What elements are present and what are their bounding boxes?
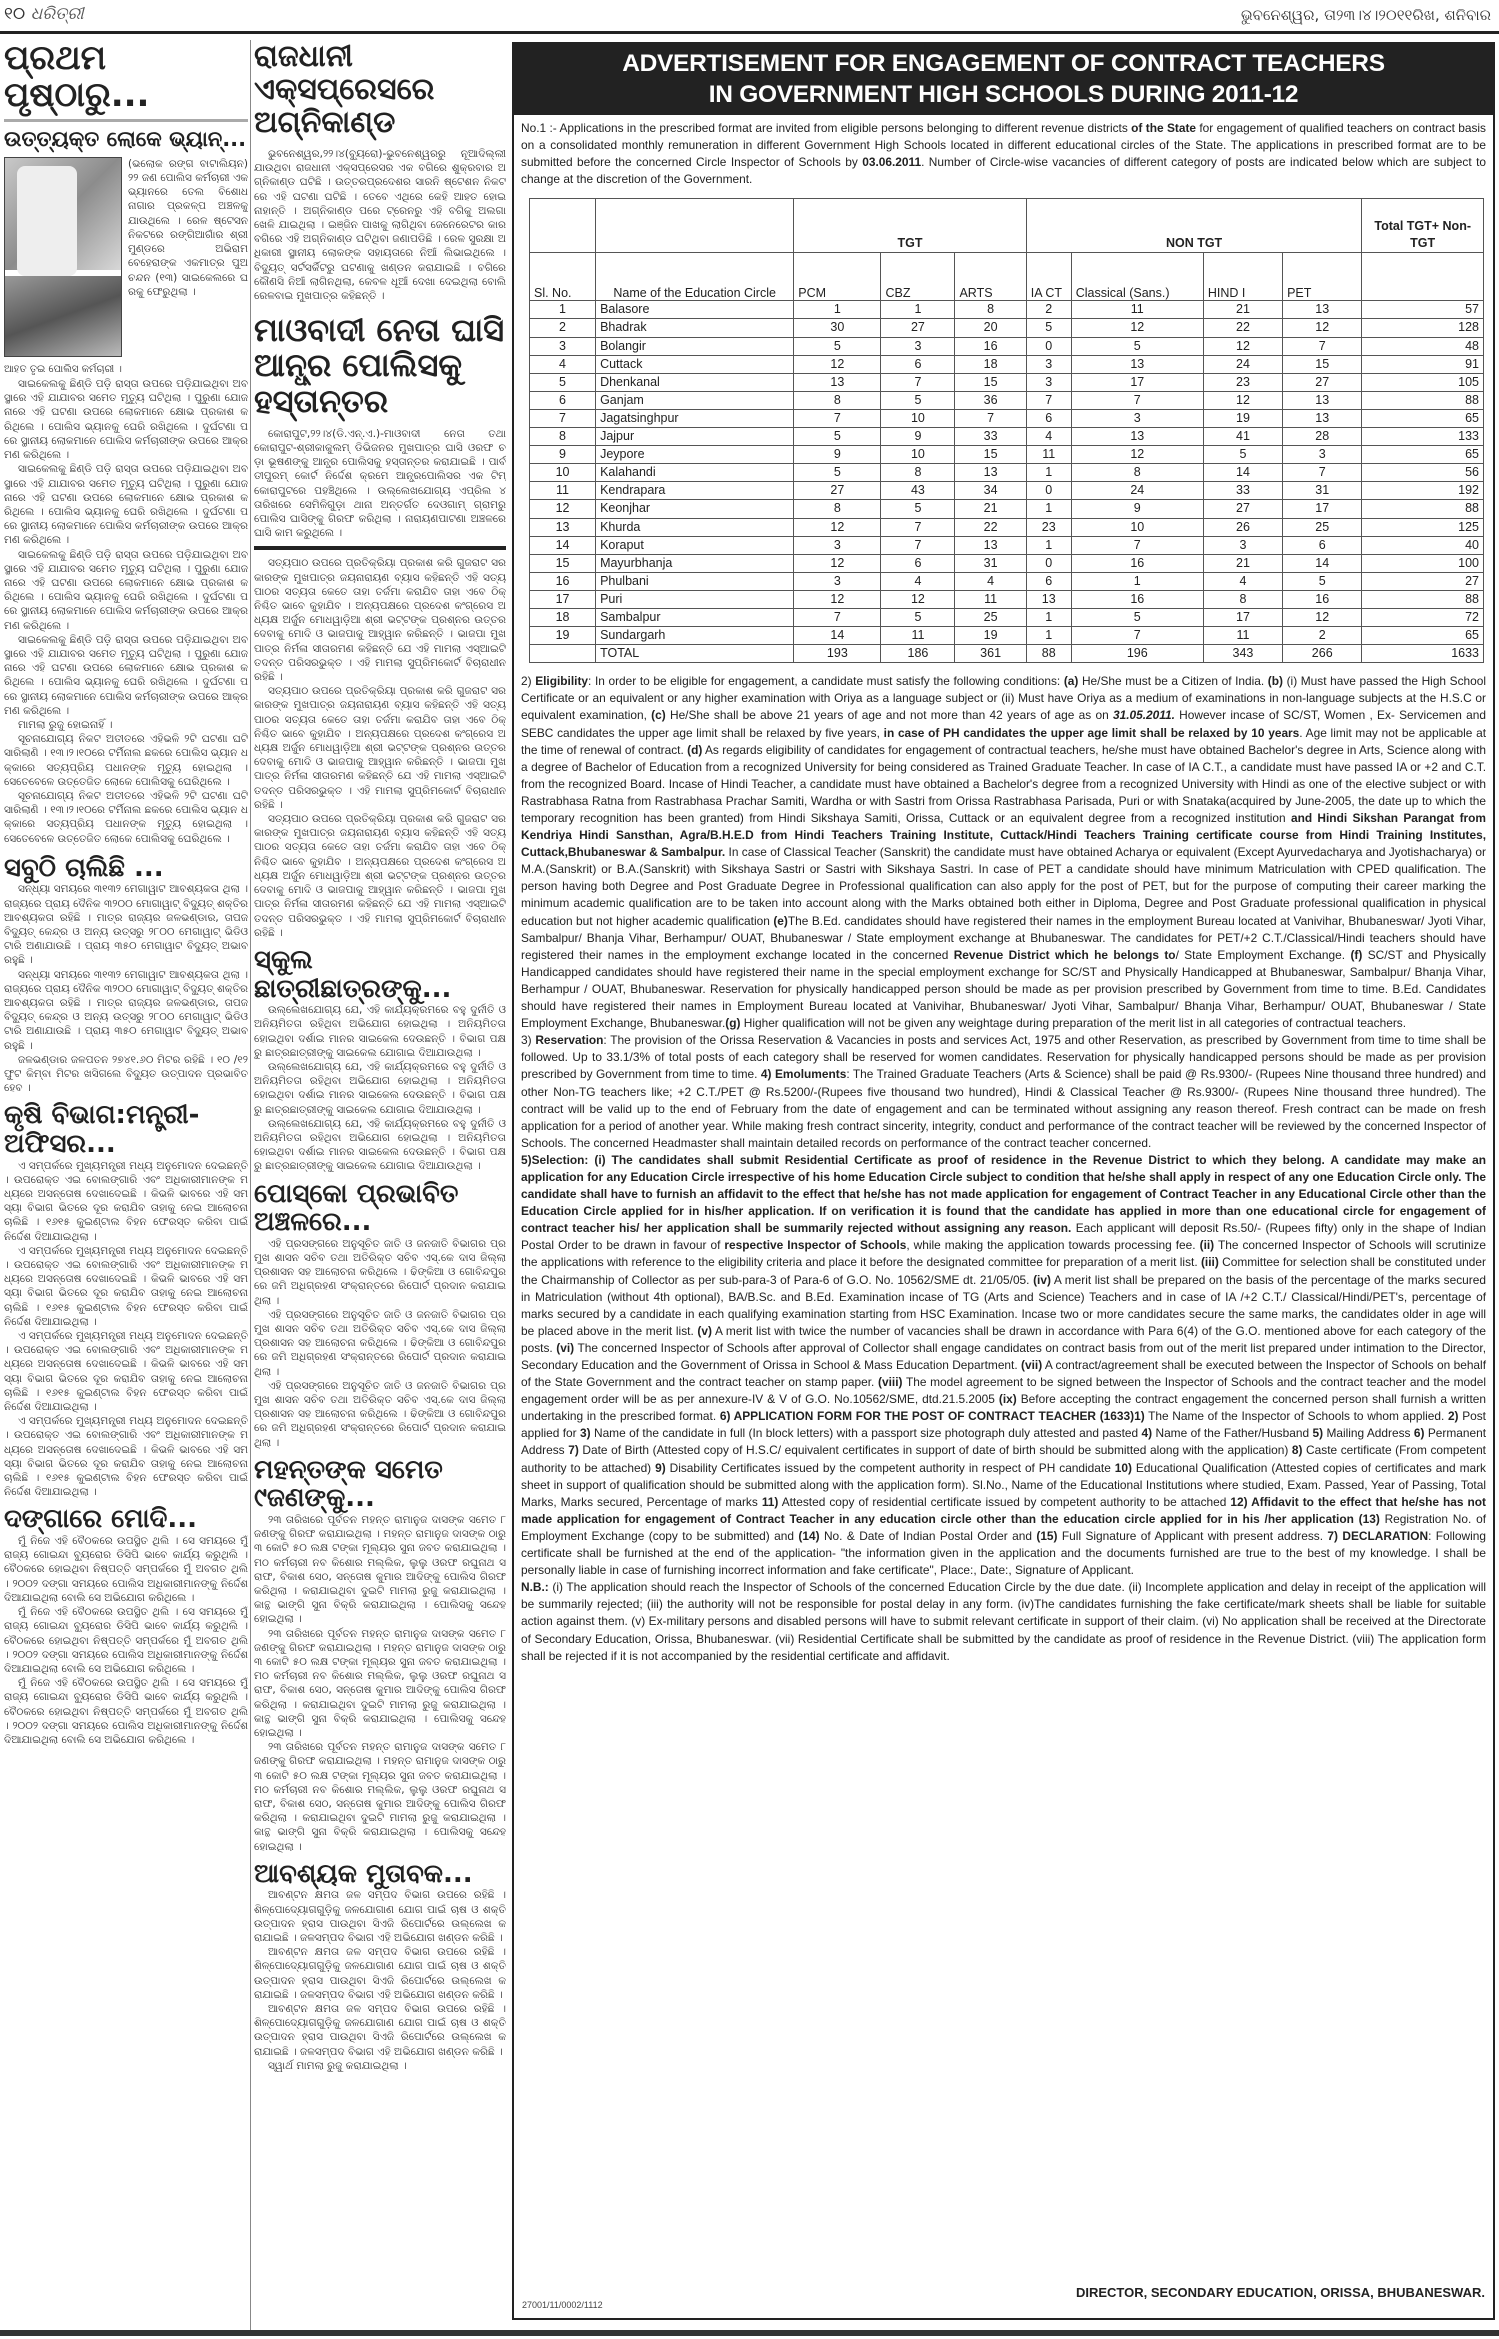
story-body: (ଭଲୋକ ରଙ୍ଗ ବାଟାଲିୟନ) ୨୨ ଜଣ ପୋଲିସ କର୍ମଚାର… xyxy=(4,157,248,846)
table-row: 1Balasore118211211357 xyxy=(530,301,1484,319)
news-photo xyxy=(4,157,122,357)
section-divider xyxy=(4,119,248,122)
table-row: 12Keonjhar852119271788 xyxy=(530,500,1484,518)
story-body: ୨୩ ତାରିଖରେ ପୂର୍ବତନ ମହନ୍ତ ରାମାନୁଜ ଦାସଙ୍କ … xyxy=(254,1513,506,1854)
vacancy-table: TGT NON TGT Total TGT+ Non-TGT Sl. No. N… xyxy=(529,198,1484,663)
ad-signature: DIRECTOR, SECONDARY EDUCATION, ORISSA, B… xyxy=(522,2285,1485,2300)
masthead: ୧୦ ଧରିତ୍ରୀ ଭୁବନେଶ୍ୱର, ତା୨୩।୪।୨୦୧୧ରିଖ, ଶନ… xyxy=(0,0,1499,36)
table-row: 4Cuttack12618313241591 xyxy=(530,355,1484,373)
table-row: 16Phulbani344614527 xyxy=(530,572,1484,590)
story-body: ସତ୍ୟପାଠ ଉପରେ ପ୍ରତିକ୍ରିୟା ପ୍ରକାଶ କରି ଗୁଜର… xyxy=(254,556,506,939)
dateline: ଭୁବନେଶ୍ୱର, ତା୨୩।୪।୨୦୧୧ରିଖ, ଶନିବାର xyxy=(1241,6,1491,24)
story-headline: ଉତ୍ତ୍ୟକ୍ତ ଲୋକେ ଭ୍ୟାନ୍... xyxy=(4,128,248,151)
story-headline: କୃଷି ବିଭାଗ:ମନ୍ତ୍ରୀ-ଅଫିସର... xyxy=(4,1101,248,1158)
story-body: ଏହି ପ୍ରସଙ୍ଗରେ ଅନୁସୂଚିତ ଜାତି ଓ ଜନଜାତି ବିଭ… xyxy=(254,1237,506,1450)
reservation-section: 3) Reservation: The provision of the Ori… xyxy=(521,1032,1486,1152)
table-row: 8Jajpur59334134128133 xyxy=(530,428,1484,446)
column-front-page-continued: ପ୍ରଥମ ପୃଷ୍ଠାରୁ... ଉତ୍ତ୍ୟକ୍ତ ଲୋକେ ଭ୍ୟାନ୍.… xyxy=(4,40,248,2330)
section-heading: ପ୍ରଥମ ପୃଷ୍ଠାରୁ... xyxy=(4,40,248,115)
story-body: ଭୁବନେଶ୍ୱର,୨୨।୪(ବ୍ୟୁରୋ)-ଭୁବନେଶ୍ୱରରୁ ନୂଆଦି… xyxy=(254,147,506,303)
eligibility-section: 2) Eligibility: In order to be eligible … xyxy=(521,673,1486,1032)
ad-code: 27001/11/0002/1112 xyxy=(522,2300,1485,2310)
ad-body: No.1 :- Applications in the prescribed f… xyxy=(514,115,1493,1670)
table-row: 15Mayurbhanja126310162114100 xyxy=(530,554,1484,572)
selection-section: 5)Selection: (i) The candidates shall su… xyxy=(521,1152,1486,1579)
story-headline: ମହନ୍ତଙ୍କ ସମେତ ୯ଜଣଙ୍କୁ... xyxy=(254,1456,506,1513)
table-row: 5Dhenkanal137153172327105 xyxy=(530,373,1484,391)
table-row: 11Kendrapara2743340243331192 xyxy=(530,482,1484,500)
ad-footer: DIRECTOR, SECONDARY EDUCATION, ORISSA, B… xyxy=(522,2285,1485,2310)
table-row: 17Puri121211131681688 xyxy=(530,590,1484,608)
column-divider xyxy=(250,40,251,2330)
table-total-row: TOTAL 193 186 361 88 196 343 266 1633 xyxy=(530,645,1484,663)
story-headline: ସ୍କୁଲ ଛାତ୍ରୀଛାତ୍ରଙ୍କୁ... xyxy=(254,946,506,1003)
table-column-header: Sl. No. Name of the Education Circle PCM… xyxy=(530,253,1484,301)
story-headline: ରାଜଧାନୀ ଏକ୍ସପ୍ରେସରେ ଅଗ୍ନିକାଣ୍ଡ xyxy=(254,40,506,139)
ad-title: ADVERTISEMENT FOR ENGAGEMENT OF CONTRACT… xyxy=(514,44,1493,115)
table-row: 10Kalahandi58131814756 xyxy=(530,464,1484,482)
table-row: 3Bolangir53160512748 xyxy=(530,337,1484,355)
table-row: 13Khurda1272223102625125 xyxy=(530,518,1484,536)
table-row: 7Jagatsinghpur710763191365 xyxy=(530,409,1484,427)
column-news: ରାଜଧାନୀ ଏକ୍ସପ୍ରେସରେ ଅଗ୍ନିକାଣ୍ଡ ଭୁବନେଶ୍ୱର… xyxy=(254,40,506,2330)
story-headline: ଦଙ୍ଗାରେ ମୋଦି... xyxy=(4,1505,248,1534)
page-number-and-paper: ୧୦ ଧରିତ୍ରୀ xyxy=(4,4,84,24)
story-headline: ସବୁଠି ଚାଲିଛି ... xyxy=(4,854,248,883)
photo-injured-officer-1 xyxy=(5,158,121,276)
masthead-rule xyxy=(0,31,1499,34)
table-row: 9Jeypore9101511125365 xyxy=(530,446,1484,464)
story-body: ସନ୍ଧ୍ୟା ସମୟରେ ୩୧୩୨ ମେଗାୱାଟ ଆବଶ୍ୟକତା ଥିଲା… xyxy=(4,882,248,1095)
story-body: ଉଲ୍ଲେଖଯୋଗ୍ୟ ଯେ, ଏହି କାର୍ଯ୍ୟକ୍ରମରେ ବହୁ ଦୁ… xyxy=(254,1003,506,1173)
paper-name: ଧରିତ୍ରୀ xyxy=(31,4,84,24)
story-headline: ମାଓବାଦୀ ନେତା ଘାସି ଆନ୍ଧ୍ର ପୋଲିସକୁ ହସ୍ତାନ୍… xyxy=(254,313,506,419)
story-body: ଏ ସମ୍ପର୍କରେ ମୁଖ୍ୟମନ୍ତ୍ରୀ ମଧ୍ୟ ଅନୁମୋଦନ ଦେ… xyxy=(4,1159,248,1500)
table-row: 14Koraput3713173640 xyxy=(530,536,1484,554)
page-number: ୧୦ xyxy=(4,4,25,24)
story-headline: ଆବଶ୍ୟକ ମୁତାବକ... xyxy=(254,1860,506,1889)
table-row: 2Bhadrak3027205122212128 xyxy=(530,319,1484,337)
table-group-header: TGT NON TGT Total TGT+ Non-TGT xyxy=(530,199,1484,253)
ad-intro: No.1 :- Applications in the prescribed f… xyxy=(521,120,1486,188)
story-body: ମୁଁ ନିଜେ ଏହି ବୈଠକରେ ଉପସ୍ଥିତ ଥିଲି । ସେ ସମ… xyxy=(4,1534,248,1747)
photo-caption: ଆହତ ତୃଇ ପୋଲିସ କର୍ମଚାରୀ । xyxy=(4,361,248,377)
table-row: 6Ganjam853677121388 xyxy=(530,391,1484,409)
table-row: 19Sundargarh1411191711265 xyxy=(530,627,1484,645)
photo-injured-officer-2 xyxy=(5,276,121,356)
story-body: କୋରାପୁଟ,୨୨।୪(ଡି.ଏନ୍.ଏ.)-ମାଓବାଦୀ ନେତା ତଥା… xyxy=(254,427,506,541)
advertisement-contract-teachers: ADVERTISEMENT FOR ENGAGEMENT OF CONTRACT… xyxy=(512,42,1495,2320)
story-divider xyxy=(254,546,506,550)
story-headline: ପୋସ୍କୋ ପ୍ରଭାବିତ ଅଞ୍ଚଳରେ... xyxy=(254,1180,506,1237)
table-row: 18Sambalpur752515171272 xyxy=(530,608,1484,626)
page-bottom-rule xyxy=(0,2330,1499,2336)
story-body: ଆବଣ୍ଟନ କ୍ଷମତା ଜଳ ସମ୍ପଦ ବିଭାଗ ଉପରେ ରହିଛି … xyxy=(254,1888,506,2073)
nb-section: N.B.: (i) The application should reach t… xyxy=(521,1579,1486,1664)
